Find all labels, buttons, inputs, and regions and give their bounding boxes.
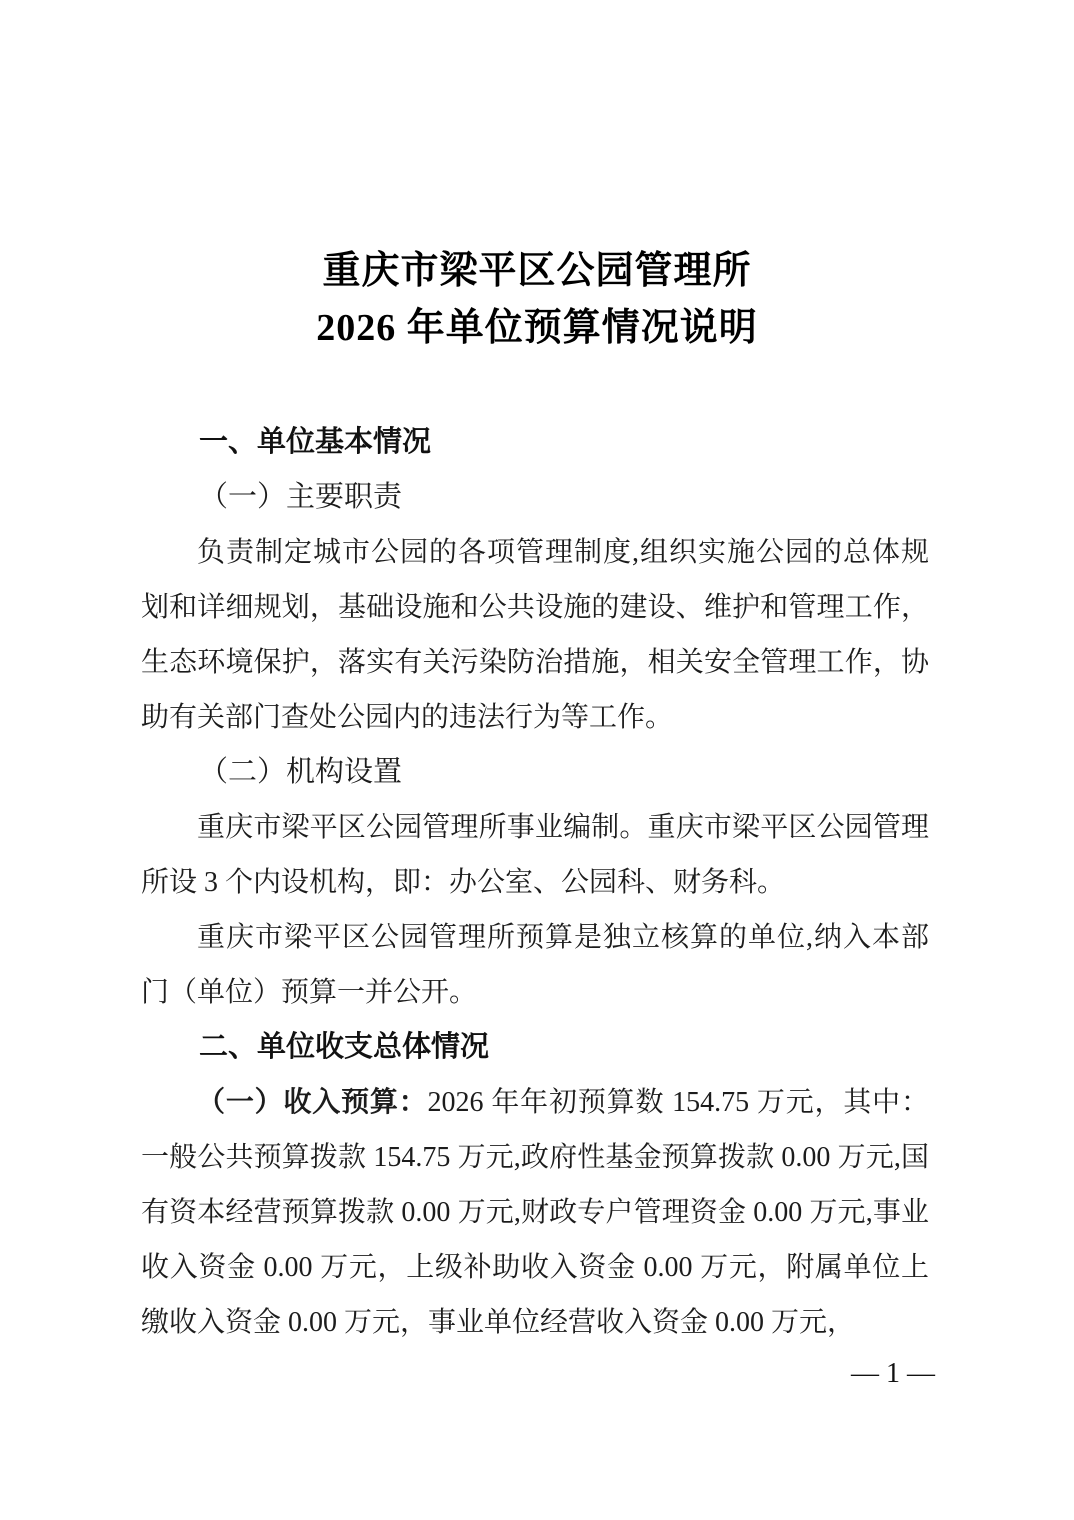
document-title-line2: 2026 年单位预算情况说明 — [0, 300, 1074, 357]
section-heading-revenue-expenditure: 二、单位收支总体情况 — [141, 1020, 929, 1075]
page-number: — 1 — — [851, 1358, 935, 1389]
document-title: 重庆市梁平区公园管理所 2026 年单位预算情况说明 — [0, 0, 1074, 357]
paragraph-org-setup: 重庆市梁平区公园管理所事业编制。重庆市梁平区公园管理所设 3 个内设机构，即：办… — [141, 800, 929, 910]
paragraph-income-budget: （一）收入预算：2026 年年初预算数 154.75 万元，其中：一般公共预算拨… — [141, 1075, 929, 1350]
document-content: 一、单位基本情况 （一）主要职责 负责制定城市公园的各项管理制度,组织实施公园的… — [141, 415, 929, 1350]
document-title-line1: 重庆市梁平区公园管理所 — [0, 243, 1074, 300]
subsection-heading-org-setup: （二）机构设置 — [141, 745, 929, 800]
section-heading-basic-info: 一、单位基本情况 — [141, 415, 929, 470]
income-budget-lead: （一）收入预算： — [197, 1087, 428, 1118]
paragraph-main-duties: 负责制定城市公园的各项管理制度,组织实施公园的总体规划和详细规划，基础设施和公共… — [141, 525, 929, 745]
page-footer: — 1 — — [0, 1358, 1074, 1390]
paragraph-budget-independent: 重庆市梁平区公园管理所预算是独立核算的单位,纳入本部门（单位）预算一并公开。 — [141, 910, 929, 1020]
subsection-heading-main-duties: （一）主要职责 — [141, 470, 929, 525]
document-page: 重庆市梁平区公园管理所 2026 年单位预算情况说明 一、单位基本情况 （一）主… — [0, 0, 1074, 1520]
income-budget-text: 2026 年年初预算数 154.75 万元，其中：一般公共预算拨款 154.75… — [141, 1087, 929, 1338]
